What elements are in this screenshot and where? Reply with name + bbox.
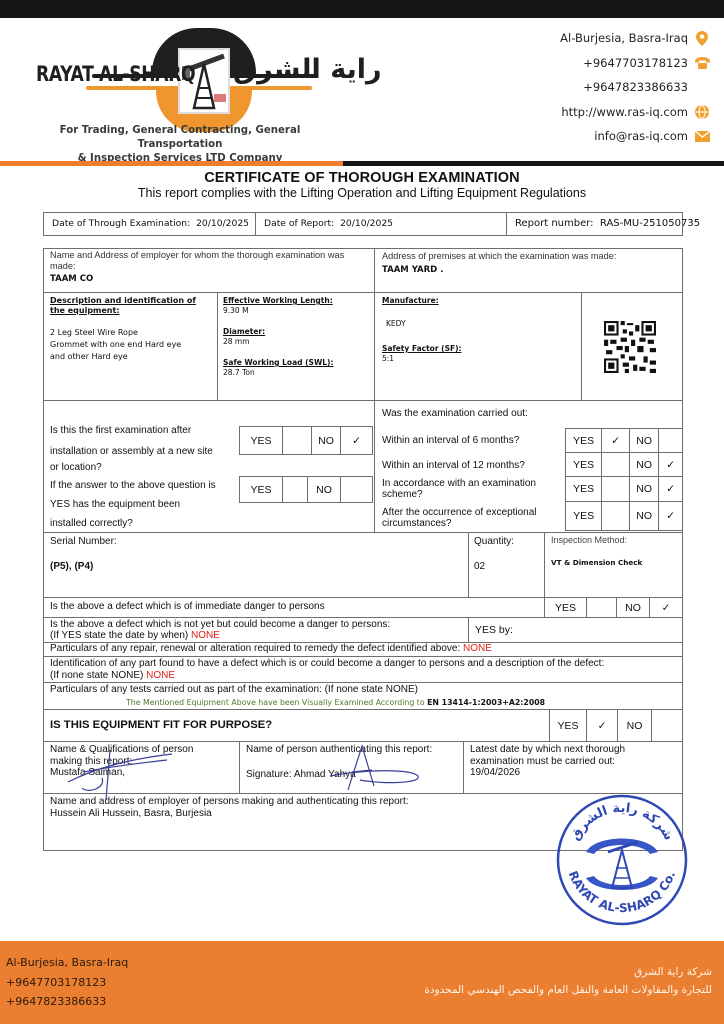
immediate-danger-cell: Is the above a defect which is of immedi…	[43, 597, 545, 618]
diameter-value: 28 mm	[223, 336, 250, 349]
defect-part-line-2: (If none state NONE) NONE	[50, 670, 175, 682]
immediate-danger-answer: YES NO ✓	[544, 597, 683, 618]
yes-by-label: YES by:	[475, 624, 513, 637]
tests-value: The Mentioned Equipment Above have been …	[126, 697, 545, 708]
exceptional-q-2: circumstances?	[382, 518, 451, 529]
maker-name: Mustafa Salman,	[50, 767, 125, 779]
no-label: NO	[618, 710, 652, 741]
ewl-value: 9.30 M	[223, 305, 249, 318]
report-date-value: 20/10/2025	[340, 218, 393, 229]
immediate-danger-label: Is the above a defect which is of immedi…	[50, 601, 325, 614]
next-exam-cell: Latest date by which next thorough exami…	[463, 741, 683, 794]
first-exam-cell: Is this the first examination after inst…	[43, 400, 375, 533]
interval-12-months-q: Within an interval of 12 months?	[382, 460, 525, 473]
exceptional-q-1: After the occurrence of exceptional	[382, 507, 537, 518]
equipment-desc-label-2: the equipment:	[50, 305, 120, 316]
carried-out-label: Was the examination carried out:	[382, 408, 528, 421]
interval-6-months-q: Within an interval of 6 months?	[382, 435, 519, 448]
exam-scheme-q-2: scheme?	[382, 489, 423, 500]
report-maker-cell: Name & Qualifications of person making t…	[43, 741, 240, 794]
future-danger-value: NONE	[191, 630, 220, 641]
installed-q-line-1: If the answer to the above question is	[50, 475, 216, 496]
repair-cell: Particulars of any repair, renewal or al…	[43, 642, 683, 657]
address-text: Al-Burjesia, Basra-Iraq	[560, 31, 688, 45]
makers-employer-value: Hussein Ali Hussein, Basra, Burjesia	[50, 808, 212, 820]
contact-phone-2: +9647823386633	[490, 75, 710, 100]
defect-part-value: NONE	[146, 670, 175, 681]
first-exam-answer: YES NO ✓	[239, 426, 373, 455]
immediate-danger-no-check[interactable]: ✓	[650, 598, 682, 617]
maker-label-1: Name & Qualifications of person	[50, 744, 193, 756]
top-dark-bar	[0, 0, 724, 18]
report-number-label: Report number:	[515, 218, 594, 229]
premises-value: TAAM YARD .	[382, 264, 443, 277]
yes-check-box[interactable]	[602, 477, 630, 501]
footer-contact: Al-Burjesia, Basra-Iraq +9647703178123 +…	[6, 953, 128, 1012]
repair-value: NONE	[463, 643, 492, 654]
report-date-label: Date of Report:	[264, 218, 334, 229]
footer-ar-line-2: للتجارة والمقاولات العامة والنقل العام و…	[424, 981, 712, 999]
report-number-value: RAS-MU-251050735	[600, 218, 700, 229]
yes-by-cell: YES by:	[468, 617, 683, 643]
equipment-desc-line-3: and other Hard eye	[50, 351, 128, 363]
contact-address: Al-Burjesia, Basra-Iraq	[490, 26, 710, 51]
header-divider	[0, 161, 724, 166]
exam-date-value: 20/10/2025	[196, 218, 249, 229]
yes-label: YES	[545, 598, 587, 617]
future-danger-hint: (If YES state the date by when)	[50, 630, 188, 641]
exam-date: Date of Through Examination: 20/10/2025	[44, 213, 256, 235]
installed-correctly-answer: YES NO	[239, 476, 373, 503]
report-number: Report number: RAS-MU-251050735	[507, 213, 683, 235]
equipment-desc-line-2: Grommet with one end Hard eye	[50, 339, 181, 351]
equipment-specs-cell: Effective Working Length: 9.30 M Diamete…	[217, 292, 375, 401]
contact-phone-1: +9647703178123	[490, 51, 710, 76]
yes-label: YES	[566, 429, 602, 452]
premises-label: Address of premises at which the examina…	[382, 250, 616, 263]
auth-label: Name of person authenticating this repor…	[246, 744, 432, 757]
no-label: NO	[312, 427, 341, 454]
carried-out-answer-row: YESNO✓	[565, 476, 683, 502]
footer: Al-Burjesia, Basra-Iraq +9647703178123 +…	[0, 941, 724, 1024]
website-link[interactable]: http://www.ras-iq.com	[561, 105, 688, 119]
footer-arabic-name: شركة راية الشرق للتجارة والمقاولات العام…	[424, 963, 712, 999]
employer-label: Name and Address of employer for whom th…	[50, 250, 370, 271]
telephone-icon	[694, 55, 710, 71]
maker-label-2: making this report:	[50, 756, 132, 768]
phone-2-link[interactable]: +9647823386633	[583, 80, 688, 94]
footer-address: Al-Burjesia, Basra-Iraq	[6, 953, 128, 973]
installed-q-line-3: installed correctly?	[50, 513, 133, 534]
no-label: NO	[630, 502, 660, 530]
installed-no-box[interactable]	[341, 477, 372, 502]
no-check-box[interactable]	[659, 429, 682, 452]
envelope-icon	[694, 128, 710, 144]
next-exam-label-1: Latest date by which next thorough	[470, 744, 625, 756]
yes-label: YES	[240, 427, 283, 454]
defect-part-cell: Identification of any part found to have…	[43, 656, 683, 683]
report-date: Date of Report: 20/10/2025	[256, 213, 507, 235]
first-exam-yes-box[interactable]	[283, 427, 312, 454]
repair-text: Particulars of any repair, renewal or al…	[50, 643, 492, 656]
fit-for-purpose-answer: YES ✓ NO	[549, 709, 683, 742]
carried-out-answer-row: YESNO✓	[565, 501, 683, 531]
no-check-box[interactable]: ✓	[659, 453, 682, 476]
employer-value: TAAM CO	[50, 273, 93, 286]
contact-website: http://www.ras-iq.com	[490, 100, 710, 125]
yes-check-box[interactable]: ✓	[602, 429, 630, 452]
yes-check-box[interactable]	[602, 453, 630, 476]
carried-out-answer-row: YESNO✓	[565, 452, 683, 477]
makers-employer-label: Name and address of employer of persons …	[50, 796, 409, 808]
authenticator-cell: Name of person authenticating this repor…	[239, 741, 464, 794]
first-exam-no-check[interactable]: ✓	[341, 427, 372, 454]
carried-out-grid: YES✓NOYESNO✓YESNO✓YESNO✓	[565, 428, 683, 531]
manufacture-value: KEDY	[386, 318, 406, 331]
yes-label: YES	[566, 453, 602, 476]
fit-no-box[interactable]	[652, 710, 682, 741]
logo-text-ar: راية الشرق	[233, 54, 382, 85]
phone-1-link[interactable]: +9647703178123	[583, 56, 688, 70]
defect-part-line-1: Identification of any part found to have…	[50, 658, 604, 670]
swl-value: 28.7 Ton	[223, 367, 255, 380]
exam-scheme-q-1: In accordance with an examination	[382, 478, 536, 489]
yes-label: YES	[566, 477, 602, 501]
location-pin-icon	[694, 30, 710, 46]
email-link[interactable]: info@ras-iq.com	[594, 129, 688, 143]
immediate-danger-yes-box[interactable]	[587, 598, 617, 617]
first-exam-q-line-1: Is this the first examination after	[50, 420, 191, 441]
future-danger-line-2: (If YES state the date by when) NONE	[50, 630, 220, 642]
inspection-method-label: Inspection Method:	[551, 534, 627, 547]
fit-yes-check[interactable]: ✓	[587, 710, 618, 741]
quantity-value: 02	[474, 561, 485, 574]
qr-code[interactable]	[604, 321, 656, 373]
safety-factor-value: 5:1	[382, 353, 394, 366]
contact-email: info@ras-iq.com	[490, 124, 710, 149]
installed-q-line-2: YES has the equipment been	[50, 494, 180, 515]
contact-info: Al-Burjesia, Basra-Iraq +9647703178123 +…	[490, 26, 710, 149]
tests-value-text: The Mentioned Equipment Above have been …	[126, 698, 425, 707]
no-check-box[interactable]: ✓	[659, 502, 682, 530]
inspection-method-value: VT & Dimension Check	[551, 557, 642, 570]
tests-cell: Particulars of any tests carried out as …	[43, 682, 683, 710]
serial-value: (P5), (P4)	[50, 561, 93, 574]
footer-phone-1[interactable]: +9647703178123	[6, 973, 128, 993]
defect-part-hint: (If none state NONE)	[50, 670, 143, 681]
employer-cell: Name and Address of employer for whom th…	[43, 248, 375, 293]
serial-label: Serial Number:	[50, 536, 117, 549]
globe-icon	[694, 104, 710, 120]
no-label: NO	[630, 477, 660, 501]
footer-phone-2[interactable]: +9647823386633	[6, 992, 128, 1012]
premises-cell: Address of premises at which the examina…	[374, 248, 683, 293]
equipment-description-cell: Description and identification of the eq…	[43, 292, 218, 401]
future-danger-cell: Is the above a defect which is not yet b…	[43, 617, 469, 643]
future-danger-line-1: Is the above a defect which is not yet b…	[50, 619, 390, 631]
auth-name: Signature: Ahmad Yahya	[246, 769, 356, 782]
no-label: NO	[617, 598, 650, 617]
no-check-box[interactable]: ✓	[659, 477, 682, 501]
installed-yes-box[interactable]	[283, 477, 308, 502]
tests-standard: EN 13414-1:2003+A2:2008	[427, 698, 545, 707]
yes-check-box[interactable]	[602, 502, 630, 530]
dates-row: Date of Through Examination: 20/10/2025 …	[43, 212, 683, 236]
inspection-method-cell: Inspection Method: VT & Dimension Check	[544, 532, 683, 598]
quantity-cell: Quantity: 02	[468, 532, 545, 598]
next-exam-date: 19/04/2026	[470, 767, 520, 779]
certificate-title: CERTIFICATE OF THOROUGH EXAMINATION	[0, 170, 724, 186]
no-label: NO	[630, 429, 660, 452]
tagline-line-1: For Trading, General Contracting, Genera…	[20, 124, 340, 152]
company-stamp: شركة راية الشرق RAYAT AL-SHARQ Co.	[552, 790, 692, 930]
next-exam-label-2: examination must be carried out:	[470, 756, 615, 768]
quantity-label: Quantity:	[474, 536, 514, 549]
yes-label: YES	[566, 502, 602, 530]
manufacture-cell: Manufacture: KEDY Safety Factor (SF): 5:…	[374, 292, 582, 401]
yes-label: YES	[550, 710, 587, 741]
logo-text-en: RAYAT AL-SHARQ	[36, 62, 195, 86]
no-label: NO	[308, 477, 341, 502]
exam-date-label: Date of Through Examination:	[52, 218, 190, 229]
footer-ar-line-1: شركة راية الشرق	[424, 963, 712, 981]
tests-label: Particulars of any tests carried out as …	[50, 684, 418, 696]
no-label: NO	[630, 453, 660, 476]
certificate-subtitle: This report complies with the Lifting Op…	[0, 186, 724, 200]
fit-for-purpose-label: IS THIS EQUIPMENT FIT FOR PURPOSE?	[50, 719, 272, 732]
repair-label: Particulars of any repair, renewal or al…	[50, 643, 460, 654]
serial-cell: Serial Number: (P5), (P4)	[43, 532, 469, 598]
svg-text:RAYAT AL-SHARQ Co.: RAYAT AL-SHARQ Co.	[566, 869, 678, 915]
equipment-desc-line-1: 2 Leg Steel Wire Rope	[50, 327, 138, 339]
fit-for-purpose-cell: IS THIS EQUIPMENT FIT FOR PURPOSE?	[43, 709, 550, 742]
company-tagline: For Trading, General Contracting, Genera…	[20, 124, 340, 166]
carried-out-answer-row: YES✓NO	[565, 428, 683, 453]
yes-label: YES	[240, 477, 283, 502]
manufacture-label: Manufacture:	[382, 295, 439, 308]
